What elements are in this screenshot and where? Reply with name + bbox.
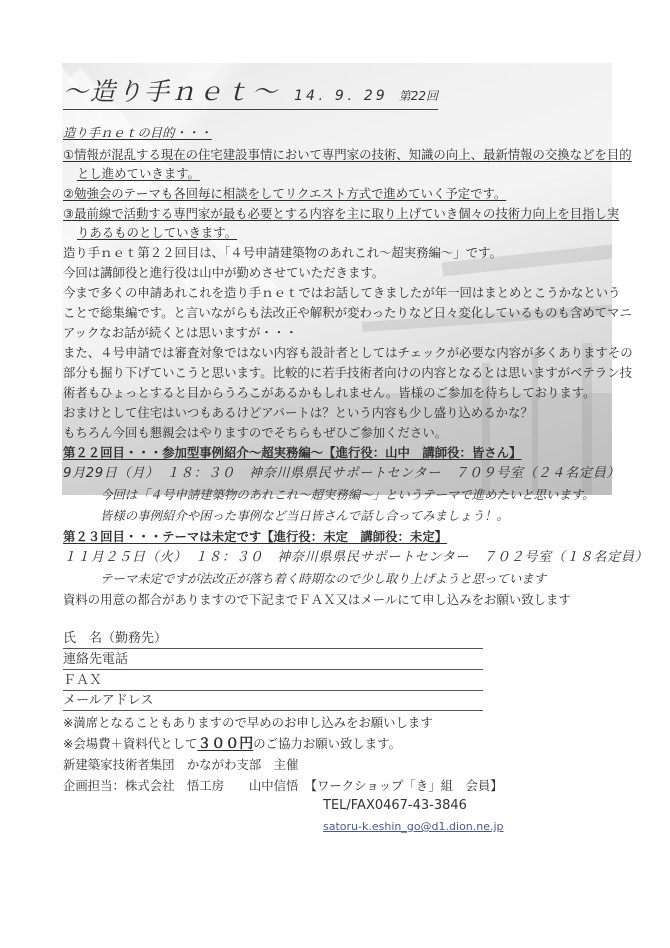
meeting-22-note: 皆様の事例紹介や困った事例など当日皆さんで話し合ってみましょう！。 <box>100 507 509 525</box>
footer-note-2: ※会場費＋資料代として３００円のご協力お願い致します。 <box>63 735 401 753</box>
form-field-fax[interactable]: ＦＡＸ <box>63 672 483 691</box>
body-line: 部分も掘り下げていこうと思います。比較的に若手技術者向けの内容となるとは思います… <box>63 364 632 382</box>
email-link[interactable]: satoru-k.eshin_go@d1.dion.ne.jp <box>323 820 504 833</box>
application-note: 資料の用意の都合がありますので下記までＦＡＸ又はメールにて申し込みをお願い致しま… <box>63 591 571 609</box>
purpose-item-3: ③最前線で活動する専門家が最も必要とする内容を主に取り上げていき個々の技術力向上… <box>63 205 619 223</box>
title-date: 14．9．29 <box>294 88 388 104</box>
purpose-item-1-cont: とし進めていきます。 <box>77 165 200 183</box>
body-line: 造り手ｎｅｔ第２２回目は、「４号申請建築物のあれこれ～超実務編～」です。 <box>63 244 502 262</box>
organizer: 新建築家技術者集団 かながわ支部 主催 <box>63 756 298 774</box>
planner: 企画担当：株式会社 悟工房 山中信悟 【ワークショップ「き」組 会員】 <box>63 777 503 795</box>
title-issue: 第22回 <box>399 89 438 103</box>
form-label: 氏 名（勤務先） <box>63 631 167 646</box>
footer-note-1: ※満席となることもありますので早めのお申し込みをお願いします <box>63 714 433 732</box>
fee-prefix: ※会場費＋資料代として <box>63 736 197 751</box>
purpose-item-1: ①情報が混乱する現在の住宅建設事情において専門家の技術、知識の向上、最新情報の交… <box>63 146 632 164</box>
tel-fax: TEL/FAX0467-43-3846 <box>323 798 467 813</box>
body-line: 今回は講師役と進行役は山中が勤めさせていただきます。 <box>63 264 384 282</box>
form-field-phone[interactable]: 連絡先電話 <box>63 651 483 670</box>
body-line: もちろん今回も懇親会はやりますのでそちらもぜひご参加ください。 <box>63 424 447 442</box>
form-label: メールアドレス <box>63 693 153 708</box>
body-line: おまけとして住宅はいつもあるけどアパートは？という内容も少し盛り込めるかな？ <box>63 404 533 422</box>
meeting-23-heading: 第２３回目・・・テーマは未定です【進行役：未定 講師役：未定】 <box>63 528 447 546</box>
title-main: ～造り手ｎｅｔ～ <box>63 77 279 106</box>
meeting-23-note: テーマ未定ですが法改正が落ち着く時期なので少し取り上げようと思っています <box>100 570 546 588</box>
meeting-22-heading: 第２２回目・・・参加型事例紹介～超実務編～【進行役：山中 講師役：皆さん】 <box>63 444 521 462</box>
form-label: 連絡先電話 <box>63 652 128 667</box>
body-line: アックなお話が続くとは思いますが・・・ <box>63 324 298 342</box>
meeting-23-schedule: １１月２５日（火） １８：３０ 神奈川県県民サポートセンター ７０２号室（１８名… <box>63 549 648 567</box>
fee-suffix: のご協力お願い致します。 <box>253 736 401 751</box>
page-title: ～造り手ｎｅｔ～ 14．9．29 第22回 <box>63 72 438 110</box>
form-label: ＦＡＸ <box>63 673 102 688</box>
purpose-item-3-cont: りあるものとしていきます。 <box>77 224 237 242</box>
body-line: ことで総集編です。と言いながらも法改正や解釈が変わったりなど日々変化しているもの… <box>63 304 632 322</box>
form-field-name[interactable]: 氏 名（勤務先） <box>63 630 483 649</box>
body-line: また、４号申請では審査対象ではない内容も設計者としてはチェックが必要な内容が多く… <box>63 344 633 362</box>
meeting-22-schedule: 9月29日（月） １８：３０ 神奈川県県民サポートセンター ７０９号室（２４名定… <box>63 465 620 483</box>
form-field-email[interactable]: メールアドレス <box>63 692 483 711</box>
body-line: 術者もひょっとすると目からうろこがあるかもしれません。皆様のご参加を待ちしており… <box>63 384 596 402</box>
fee-amount: ３００円 <box>197 736 253 752</box>
body-line: 今まで多くの申請あれこれを造り手ｎｅｔではお話してきましたが年一回はまとめとこう… <box>63 284 621 302</box>
purpose-heading: 造り手ｎｅｔの目的・・・ <box>63 124 212 142</box>
purpose-item-2: ②勉強会のテーマも各回毎に相談をしてリクエスト方式で進めていく予定です。 <box>63 185 506 203</box>
meeting-22-note: 今回は「４号申請建築物のあれこれ～超実務編～」というテーマで進めたいと思います。 <box>100 486 595 504</box>
